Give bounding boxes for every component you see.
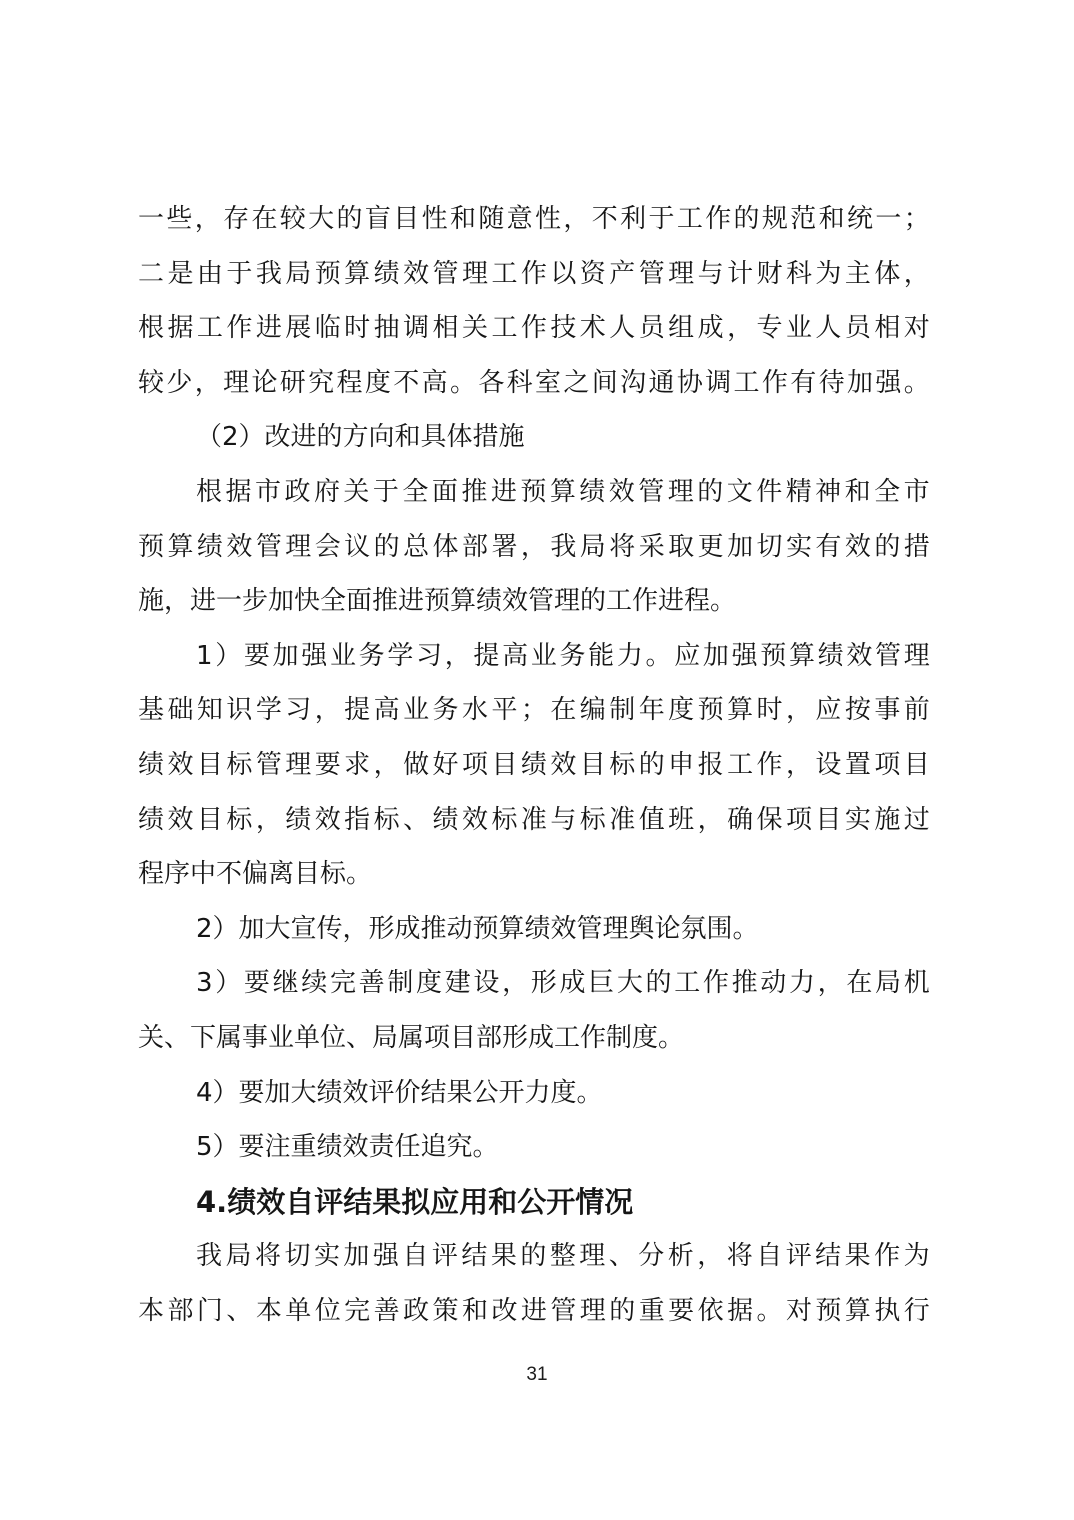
document-page: 一些，存在较大的盲目性和随意性，不利于工作的规范和统一；二是由于我局预算绩效管理… [0,0,1074,1520]
text-line: 一些，存在较大的盲目性和随意性，不利于工作的规范和统一； [138,192,930,247]
text-line: 本部门、本单位完善政策和改进管理的重要依据。对预算执行 [138,1284,930,1339]
page-number: 31 [0,1360,1074,1390]
text-line: 基础知识学习，提高业务水平；在编制年度预算时，应按事前 [138,683,930,738]
document-body: 一些，存在较大的盲目性和随意性，不利于工作的规范和统一；二是由于我局预算绩效管理… [138,192,930,1338]
text-line: 1）要加强业务学习，提高业务能力。应加强预算绩效管理 [138,629,930,684]
text-line: 我局将切实加强自评结果的整理、分析，将自评结果作为 [138,1229,930,1284]
text-line: 4）要加大绩效评价结果公开力度。 [138,1066,930,1121]
text-line: 较少，理论研究程度不高。各科室之间沟通协调工作有待加强。 [138,356,930,411]
text-line: （2）改进的方向和具体措施 [138,410,930,465]
text-line: 2）加大宣传，形成推动预算绩效管理舆论氛围。 [138,902,930,957]
text-line: 根据市政府关于全面推进预算绩效管理的文件精神和全市 [138,465,930,520]
text-line: 根据工作进展临时抽调相关工作技术人员组成，专业人员相对 [138,301,930,356]
text-line: 二是由于我局预算绩效管理工作以资产管理与计财科为主体， [138,247,930,302]
text-line: 预算绩效管理会议的总体部署，我局将采取更加切实有效的措 [138,520,930,575]
text-line: 绩效目标，绩效指标、绩效标准与标准值班，确保项目实施过 [138,793,930,848]
text-line: 5）要注重绩效责任追究。 [138,1120,930,1175]
text-line: 绩效目标管理要求，做好项目绩效目标的申报工作，设置项目 [138,738,930,793]
text-line: 程序中不偏离目标。 [138,847,930,902]
section-heading: 4.绩效自评结果拟应用和公开情况 [138,1175,930,1230]
text-line: 施，进一步加快全面推进预算绩效管理的工作进程。 [138,574,930,629]
text-line: 关、下属事业单位、局属项目部形成工作制度。 [138,1011,930,1066]
text-line: 3）要继续完善制度建设，形成巨大的工作推动力，在局机 [138,956,930,1011]
